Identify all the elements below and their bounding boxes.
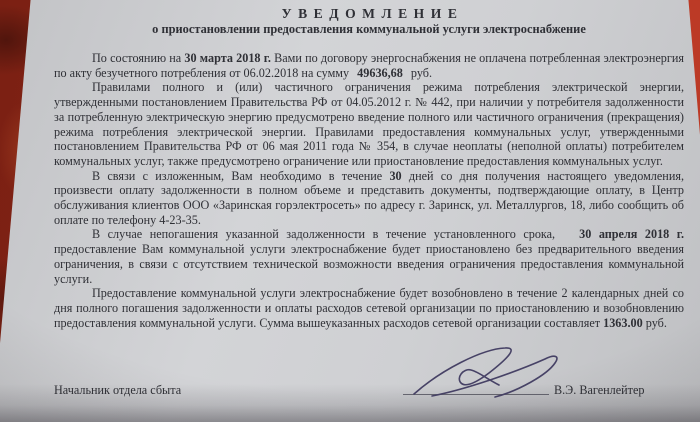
notice-paragraph: По состоянию на 30 марта 2018 г. Вами по… <box>54 51 684 80</box>
photo-background: УВЕДОМЛЕНИЕ о приостановлении предоставл… <box>0 0 700 422</box>
signature-role: Начальник отдела сбыта <box>54 383 181 398</box>
paper-sheet: УВЕДОМЛЕНИЕ о приостановлении предоставл… <box>0 0 700 422</box>
notice-subtitle: о приостановлении предоставления коммуна… <box>54 22 684 37</box>
notice-document: УВЕДОМЛЕНИЕ о приостановлении предоставл… <box>0 0 700 422</box>
signature-name: В.Э. Вагенлейтер <box>554 383 644 398</box>
notice-paragraph: В связи с изложенным, Вам необходимо в т… <box>54 169 684 228</box>
notice-title: УВЕДОМЛЕНИЕ <box>61 6 684 22</box>
notice-body: По состоянию на 30 марта 2018 г. Вами по… <box>54 51 684 330</box>
signature-scribble <box>406 344 578 400</box>
signature-block: Начальник отдела сбыта В.Э. Вагенлейтер <box>54 354 684 404</box>
notice-paragraph: Предоставление коммунальной услуги элект… <box>54 286 684 330</box>
notice-paragraph: Правилами полного и (или) частичного огр… <box>54 80 684 168</box>
notice-paragraph: В случае непогашения указанной задолженн… <box>54 227 684 286</box>
